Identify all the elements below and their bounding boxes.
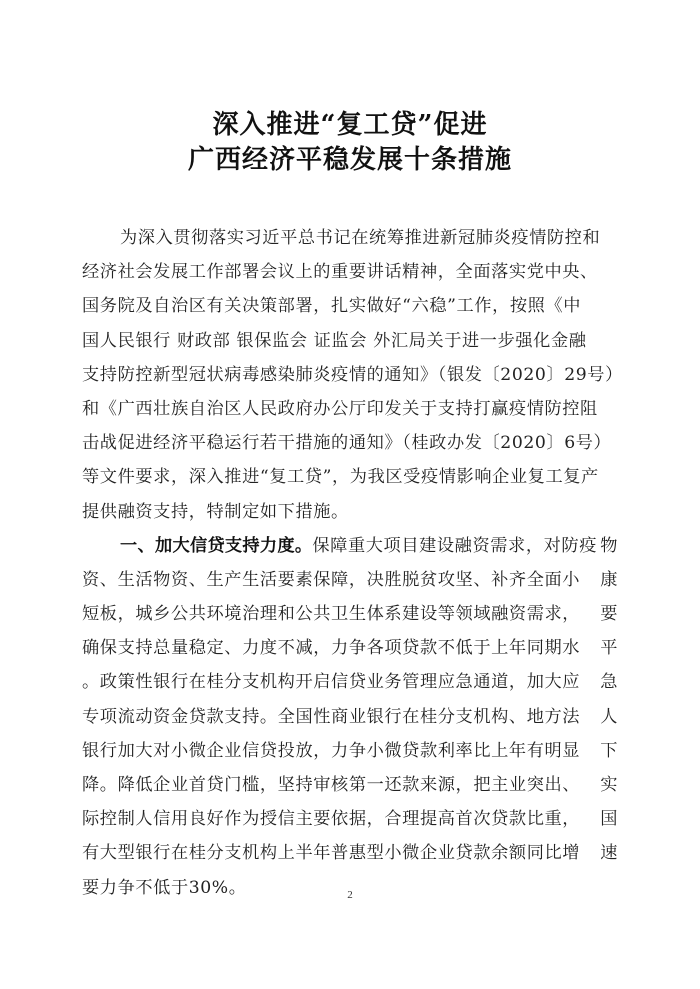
section-1-line: 降。降低企业首贷门槛，坚持审核第一还款来源，把主业突出、实 xyxy=(82,768,618,802)
section-1-line: 一、加大信贷支持力度。保障重大项目建设融资需求，对防疫 物 xyxy=(82,529,618,563)
section-1-line: 确保支持总量稳定、力度不减，力争各项贷款不低于上年同期水平 xyxy=(82,631,618,665)
intro-line: 为深入贯彻落实习近平总书记在统筹推进新冠肺炎疫情防控和 xyxy=(82,221,618,255)
intro-line: 击战促进经济平稳运行若干措施的通知》（桂政办发〔2020〕6号） xyxy=(82,426,618,460)
document-title-line-2: 广西经济平稳发展十条措施 xyxy=(0,143,700,177)
intro-line: 国人民银行 财政部 银保监会 证监会 外汇局关于进一步强化金融 xyxy=(82,324,618,358)
intro-line: 等文件要求，深入推进“复工贷”，为我区受疫情影响企业复工复产 xyxy=(82,460,618,494)
intro-line: 提供融资支持，特制定如下措施。 xyxy=(82,495,618,529)
document-title-line-1: 深入推进“复工贷”促进 xyxy=(0,108,700,142)
intro-line: 经济社会发展工作部署会议上的重要讲话精神，全面落实党中央、 xyxy=(82,255,618,289)
document-body: 为深入贯彻落实习近平总书记在统筹推进新冠肺炎疫情防控和 经济社会发展工作部署会议… xyxy=(82,221,618,905)
intro-line: 和《广西壮族自治区人民政府办公厅印发关于支持打赢疫情防控阻 xyxy=(82,392,618,426)
intro-line: 国务院及自治区有关决策部署，扎实做好“六稳”工作，按照《中 xyxy=(82,289,618,323)
page-number: 2 xyxy=(0,889,700,901)
section-1-line: 际控制人信用良好作为授信主要依据，合理提高首次贷款比重，国 xyxy=(82,802,618,836)
section-1-line: 短板，城乡公共环境治理和公共卫生体系建设等领域融资需求，要 xyxy=(82,597,618,631)
intro-line: 支持防控新型冠状病毒感染肺炎疫情的通知》（银发〔2020〕29号） xyxy=(82,358,618,392)
section-1-line: 专项流动资金贷款支持。全国性商业银行在桂分支机构、地方法人 xyxy=(82,700,618,734)
document-page: 深入推进“复工贷”促进 广西经济平稳发展十条措施 为深入贯彻落实习近平总书记在统… xyxy=(0,0,700,989)
section-1-heading: 一、加大信贷支持力度。 xyxy=(120,536,312,556)
section-1-line: 。政策性银行在桂分支机构开启信贷业务管理应急通道，加大应急 xyxy=(82,665,618,699)
section-1-line: 有大型银行在桂分支机构上半年普惠型小微企业贷款余额同比增速 xyxy=(82,836,618,870)
section-1-line: 银行加大对小微企业信贷投放，力争小微贷款利率比上年有明显下 xyxy=(82,734,618,768)
section-1-line: 资、生活物资、生产生活要素保障，决胜脱贫攻坚、补齐全面小康 xyxy=(82,563,618,597)
